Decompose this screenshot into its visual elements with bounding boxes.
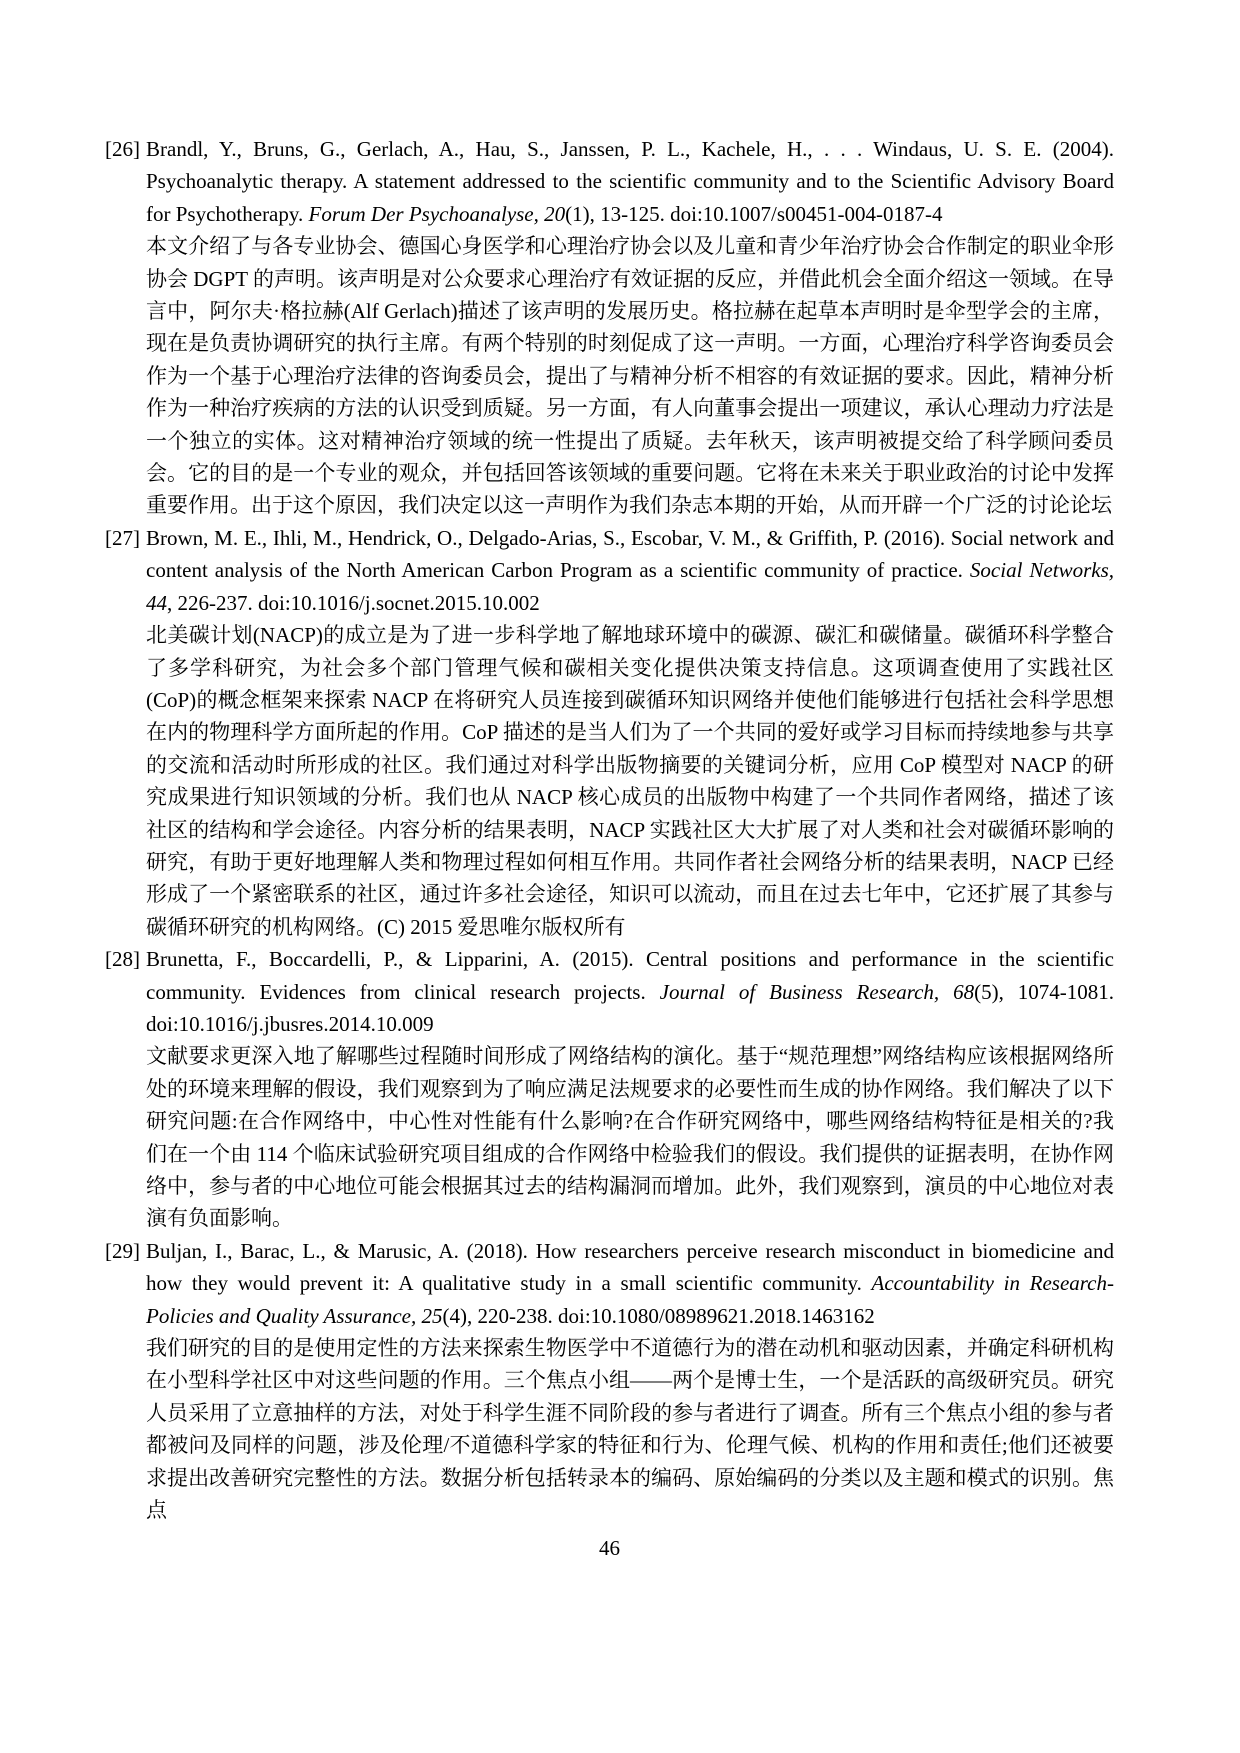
reference-number: [28]	[105, 943, 140, 975]
journal-title: Journal of Business Research, 68	[660, 980, 974, 1004]
citation-text: Brunetta, F., Boccardelli, P., & Lippari…	[146, 943, 1114, 1040]
citation-text: Buljan, I., Barac, L., & Marusic, A. (20…	[146, 1235, 1114, 1332]
citation-before-journal: Brown, M. E., Ihli, M., Hendrick, O., De…	[146, 526, 1114, 582]
chinese-abstract: 文献要求更深入地了解哪些过程随时间形成了网络结构的演化。基于“规范理想”网络结构…	[146, 1040, 1114, 1234]
citation-text: Brandl, Y., Bruns, G., Gerlach, A., Hau,…	[146, 133, 1114, 230]
reference-entry-28: [28] Brunetta, F., Boccardelli, P., & Li…	[105, 943, 1114, 1235]
reference-number: [29]	[105, 1235, 140, 1267]
chinese-abstract: 我们研究的目的是使用定性的方法来探索生物医学中不道德行为的潜在动机和驱动因素，并…	[146, 1332, 1114, 1526]
citation-after-journal: , 226-237. doi:10.1016/j.socnet.2015.10.…	[167, 591, 540, 615]
reference-number: [26]	[105, 133, 140, 165]
chinese-abstract: 北美碳计划(NACP)的成立是为了进一步科学地了解地球环境中的碳源、碳汇和碳储量…	[146, 619, 1114, 943]
citation-after-journal: (1), 13-125. doi:10.1007/s00451-004-0187…	[565, 202, 942, 226]
chinese-abstract: 本文介绍了与各专业协会、德国心身医学和心理治疗协会以及儿童和青少年治疗协会合作制…	[146, 230, 1114, 522]
citation-after-journal: (4), 220-238. doi:10.1080/08989621.2018.…	[443, 1304, 875, 1328]
reference-entry-29: [29] Buljan, I., Barac, L., & Marusic, A…	[105, 1235, 1114, 1527]
reference-entry-27: [27] Brown, M. E., Ihli, M., Hendrick, O…	[105, 522, 1114, 943]
reference-list: [26] Brandl, Y., Bruns, G., Gerlach, A.,…	[105, 133, 1114, 1526]
reference-number: [27]	[105, 522, 140, 554]
reference-entry-26: [26] Brandl, Y., Bruns, G., Gerlach, A.,…	[105, 133, 1114, 522]
citation-text: Brown, M. E., Ihli, M., Hendrick, O., De…	[146, 522, 1114, 619]
document-page: [26] Brandl, Y., Bruns, G., Gerlach, A.,…	[0, 0, 1240, 1753]
page-number: 46	[105, 1532, 1114, 1564]
journal-title: Forum Der Psychoanalyse, 20	[309, 202, 566, 226]
